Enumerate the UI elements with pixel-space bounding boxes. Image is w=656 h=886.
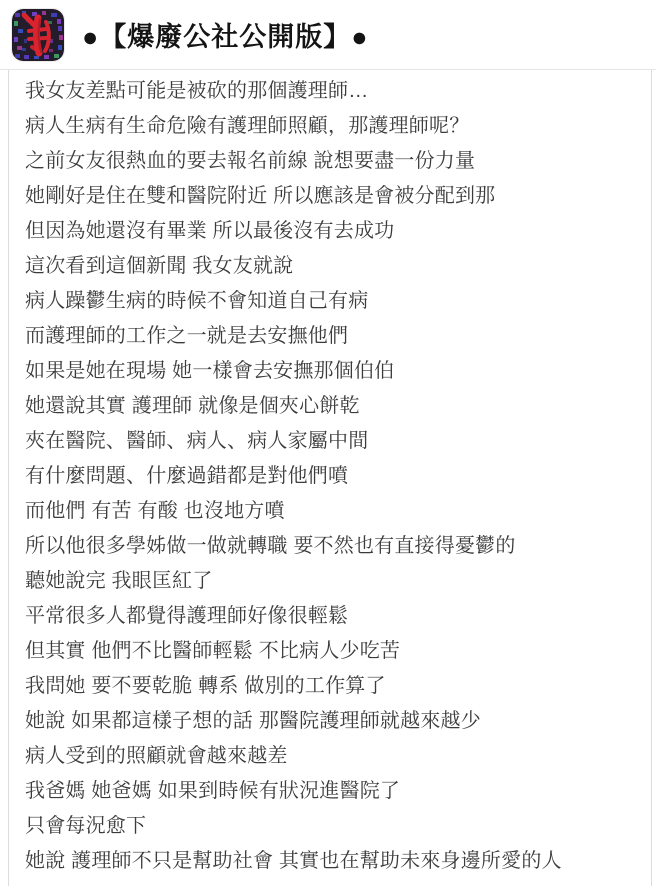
post-line: 但因為她還沒有畢業 所以最後沒有去成功 <box>25 214 637 249</box>
group-logo-icon <box>12 9 64 61</box>
post-line: 她說 如果都這樣子想的話 那醫院護理師就越來越少 <box>25 704 637 739</box>
post-header: ●【爆廢公社公開版】● <box>0 0 656 70</box>
post-line: 之前女友很熱血的要去報名前線 說想要盡一份力量 <box>25 144 637 179</box>
post-line: 這次看到這個新聞 我女友就說 <box>25 249 637 284</box>
post-line: 我爸媽 她爸媽 如果到時候有狀況進醫院了 <box>25 774 637 809</box>
post-line: 所以他很多學姊做一做就轉職 要不然也有直接得憂鬱的 <box>25 529 637 564</box>
post-screenshot: ●【爆廢公社公開版】● 我女友差點可能是被砍的那個護理師…病人生病有生命危險有護… <box>0 0 656 886</box>
post-line: 而他們 有苦 有酸 也沒地方噴 <box>25 494 637 529</box>
post-line: 病人受到的照顧就會越來越差 <box>25 739 637 774</box>
post-line: 而護理師的工作之一就是去安撫他們 <box>25 319 637 354</box>
post-line: 病人生病有生命危險有護理師照顧，那護理師呢？ <box>25 109 637 144</box>
post-line: 如果是她在現場 她一樣會去安撫那個伯伯 <box>25 354 637 389</box>
group-avatar[interactable] <box>12 9 64 61</box>
post-line: 夾在醫院、醫師、病人、病人家屬中間 <box>25 424 637 459</box>
post-line: 但其實 他們不比醫師輕鬆 不比病人少吃苦 <box>25 634 637 669</box>
group-title[interactable]: ●【爆廢公社公開版】● <box>82 15 369 54</box>
post-line: 她說 護理師不只是幫助社會 其實也在幫助未來身邊所愛的人 <box>25 844 637 879</box>
post-line: 只會每況愈下 <box>25 809 637 844</box>
post-line: 我女友差點可能是被砍的那個護理師… <box>25 74 637 109</box>
post-line: 平常很多人都覺得護理師好像很輕鬆 <box>25 599 637 634</box>
post-line: 我問她 要不要乾脆 轉系 做別的工作算了 <box>25 669 637 704</box>
post-line: 她還說其實 護理師 就像是個夾心餅乾 <box>25 389 637 424</box>
post-line: 她剛好是住在雙和醫院附近 所以應該是會被分配到那 <box>25 179 637 214</box>
post-body: 我女友差點可能是被砍的那個護理師…病人生病有生命危險有護理師照顧，那護理師呢？之… <box>8 70 652 886</box>
post-line: 病人躁鬱生病的時候不會知道自己有病 <box>25 284 637 319</box>
post-line: 有什麼問題、什麼過錯都是對他們噴 <box>25 459 637 494</box>
post-line: 聽她說完 我眼匡紅了 <box>25 564 637 599</box>
